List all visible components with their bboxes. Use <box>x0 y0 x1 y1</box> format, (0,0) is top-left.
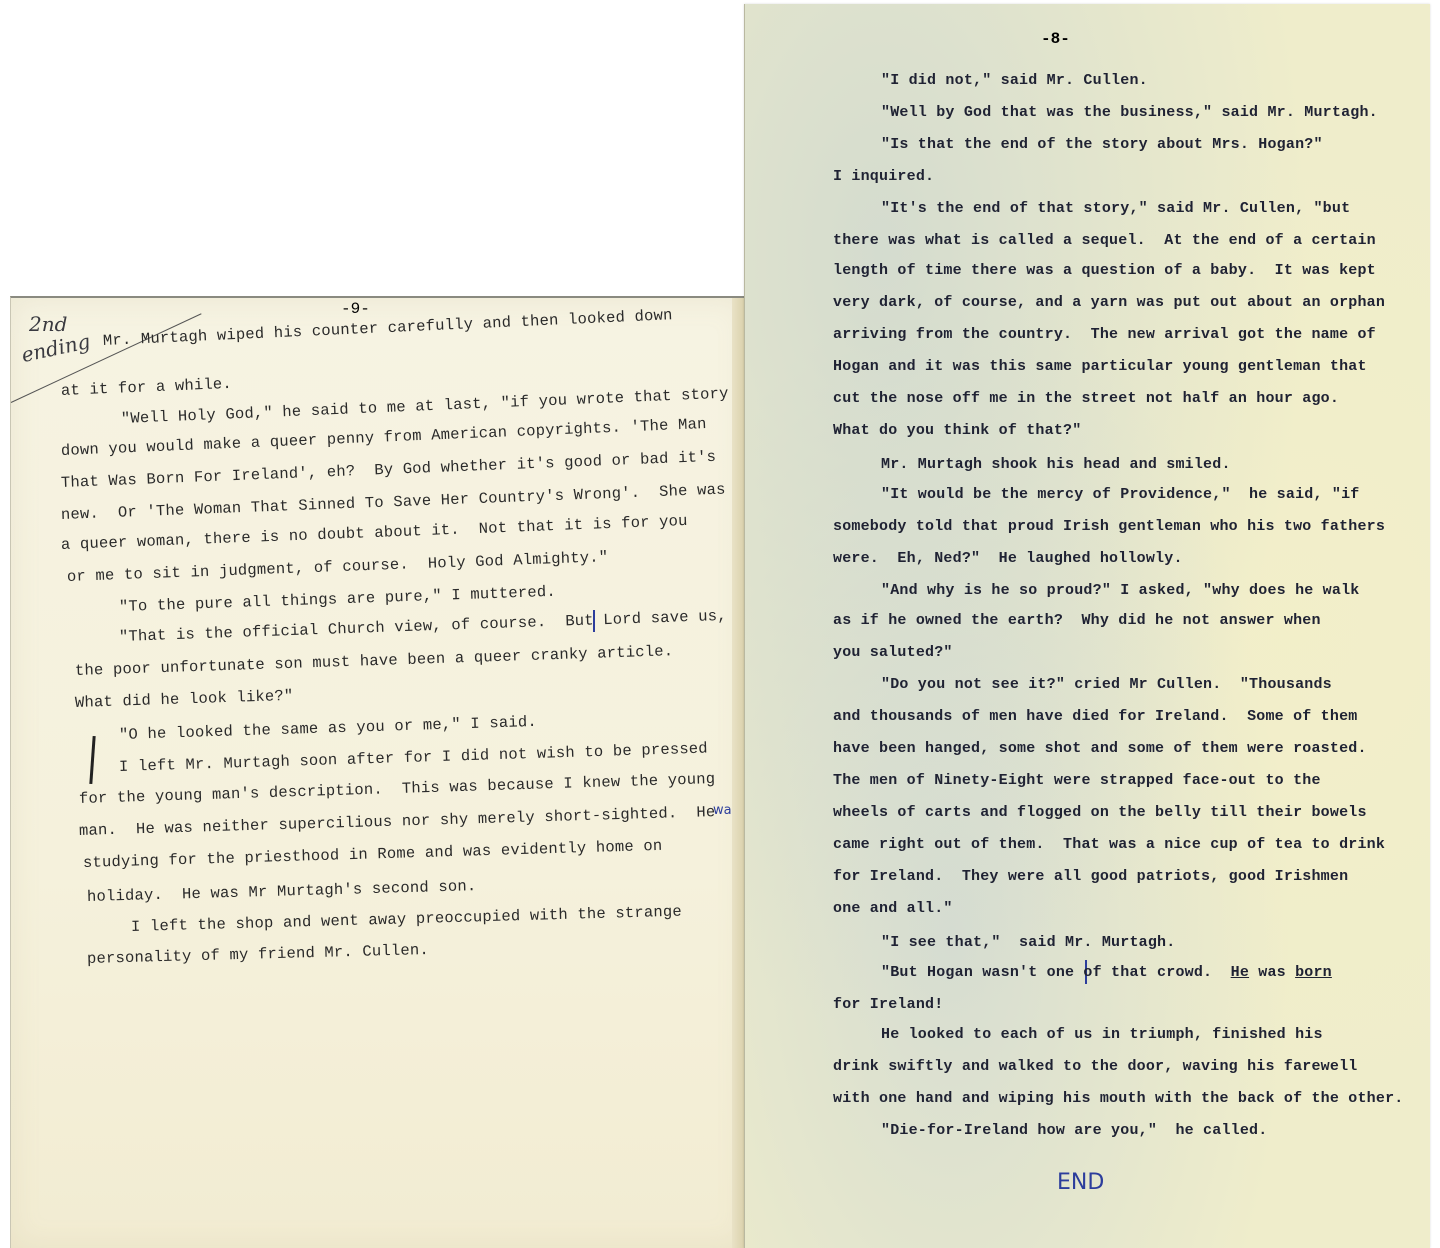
text-line: Mr. Murtagh wiped his counter carefully … <box>103 306 673 350</box>
margin-note-line-1: 2nd <box>29 312 67 336</box>
text-line: "O he looked the same as you or me," I s… <box>119 713 537 744</box>
text-line: "It's the end of that story," said Mr. C… <box>881 200 1350 217</box>
text-line: "Well by God that was the business," sai… <box>881 104 1378 121</box>
text-line: "And why is he so proud?" I asked, "why … <box>881 582 1359 599</box>
page-9: -9- 2nd ending was Mr. Murtagh wiped his… <box>10 296 746 1248</box>
text-line: you saluted?" <box>833 644 953 661</box>
text-line: wheels of carts and flogged on the belly… <box>833 804 1367 821</box>
text-line: "To the pure all things are pure," I mut… <box>119 583 556 616</box>
text-line: holiday. He was Mr Murtagh's second son. <box>87 877 477 906</box>
page-number: -9- <box>341 300 370 318</box>
text-line: or me to sit in judgment, of course. Hol… <box>67 548 609 586</box>
margin-bar-mark <box>89 736 95 784</box>
text-line: Mr. Murtagh shook his head and smiled. <box>881 456 1231 473</box>
text-line: The men of Ninety-Eight were strapped fa… <box>833 772 1321 789</box>
text-line: have been hanged, some shot and some of … <box>833 740 1367 757</box>
text-line: the poor unfortunate son must have been … <box>75 642 674 680</box>
text-line: He looked to each of us in triumph, fini… <box>881 1026 1323 1043</box>
text-line: "Die-for-Ireland how are you," he called… <box>881 1122 1267 1139</box>
text-line: very dark, of course, and a yarn was put… <box>833 294 1385 311</box>
text-line: for Ireland. They were all good patriots… <box>833 868 1348 885</box>
page-8: -8- END "I did not," said Mr. Cullen."We… <box>744 4 1430 1248</box>
text-line: Hogan and it was this same particular yo… <box>833 358 1367 375</box>
text-line: "I see that," said Mr. Murtagh. <box>881 934 1175 951</box>
page-number: -8- <box>1041 30 1070 48</box>
text-line: I left Mr. Murtagh soon after for I did … <box>119 740 708 776</box>
text-line: with one hand and wiping his mouth with … <box>833 1090 1404 1107</box>
text-line: for the young man's description. This wa… <box>79 770 716 808</box>
underlined-word: He <box>1231 964 1249 981</box>
text-line: I left the shop and went away preoccupie… <box>131 903 682 936</box>
text-line: came right out of them. That was a nice … <box>833 836 1385 853</box>
text-line: at it for a while. <box>61 375 233 400</box>
text-line: were. Eh, Ned?" He laughed hollowly. <box>833 550 1183 567</box>
text-line: "But Hogan wasn't one of that crowd. He … <box>881 964 1332 981</box>
text-line: "I did not," said Mr. Cullen. <box>881 72 1148 89</box>
handwritten-end: END <box>1057 1170 1104 1195</box>
text-line: studying for the priesthood in Rome and … <box>83 837 663 872</box>
text-line: length of time there was a question of a… <box>833 262 1376 279</box>
text-line: man. He was neither supercilious nor shy… <box>79 803 716 840</box>
text-line: cut the nose off me in the street not ha… <box>833 390 1339 407</box>
text-line: somebody told that proud Irish gentleman… <box>833 518 1385 535</box>
text-line: What did he look like?" <box>75 687 294 712</box>
text-line: What do you think of that?" <box>833 422 1081 439</box>
text-line: and thousands of men have died for Irela… <box>833 708 1357 725</box>
text-line: as if he owned the earth? Why did he not… <box>833 612 1321 629</box>
text-line: arriving from the country. The new arriv… <box>833 326 1376 343</box>
handwritten-insert: was <box>713 803 738 818</box>
text-line: personality of my friend Mr. Cullen. <box>87 941 429 968</box>
text-line: "Is that the end of the story about Mrs.… <box>881 136 1323 153</box>
text-line: "It would be the mercy of Providence," h… <box>881 486 1359 503</box>
text-line: there was what is called a sequel. At th… <box>833 232 1376 249</box>
text-line: drink swiftly and walked to the door, wa… <box>833 1058 1357 1075</box>
text-line: one and all." <box>833 900 953 917</box>
underlined-word: born <box>1295 964 1332 981</box>
text-line: for Ireland! <box>833 996 943 1013</box>
text-line: I inquired. <box>833 168 934 185</box>
text-line: "Do you not see it?" cried Mr Cullen. "T… <box>881 676 1332 693</box>
